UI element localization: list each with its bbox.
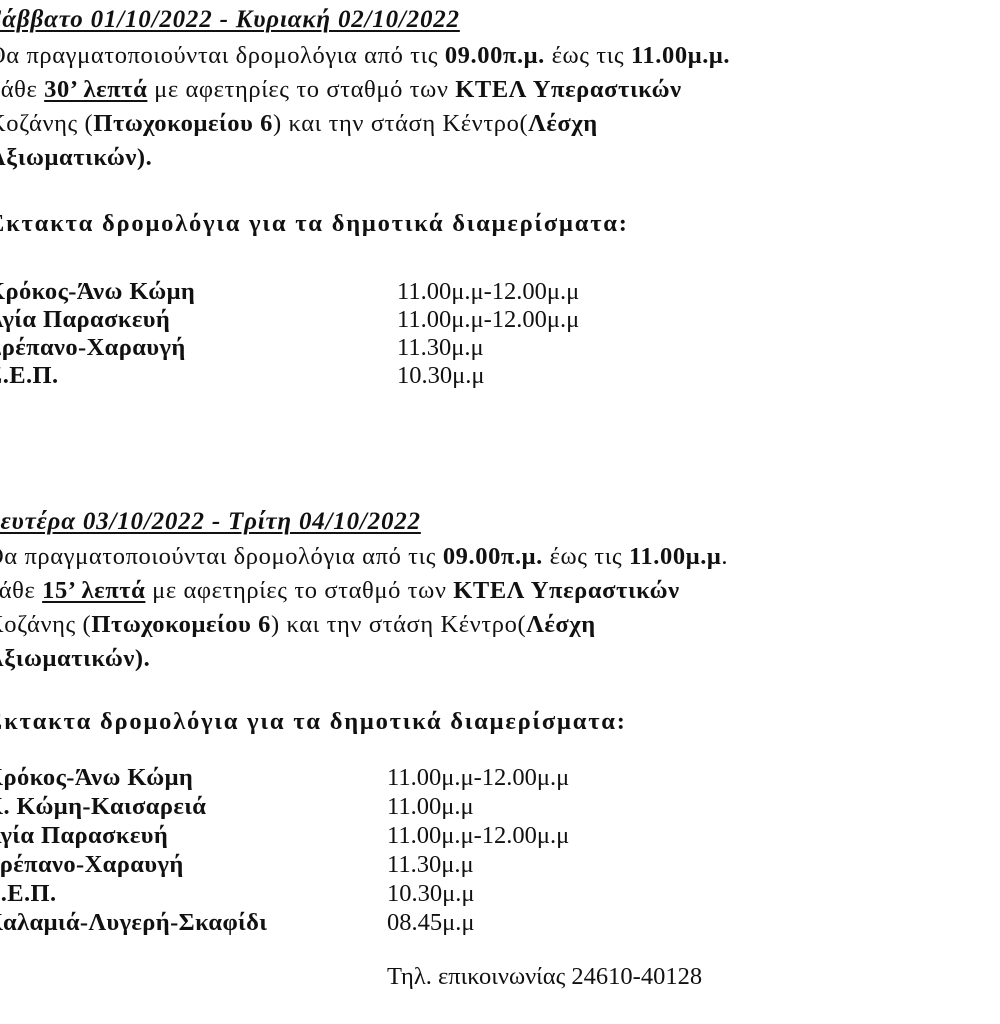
text: Κοζάνης ( [0,611,91,638]
frequency: 15’ λεπτά [42,577,145,604]
address: Πτωχοκομείου 6 [91,611,271,638]
contact-phone: Τηλ. επικοινωνίας 24610-40128 [387,963,702,991]
section-1-para-line-3: Κοζάνης (Πτωχοκομείου 6) και την στάση Κ… [0,110,598,138]
route-time: 11.00μ.μ [387,793,474,821]
station-name: ΚΤΕΛ Υπεραστικών [455,76,681,103]
end-time: 11.00μ.μ [629,543,721,570]
text: κάθε [0,76,44,103]
section-1-subheading: Εκτακτα δρομολόγια για τα δημοτικά διαμε… [0,210,629,238]
start-time: 09.00π.μ. [443,543,543,570]
route-place: Ζ.Ε.Π. [0,880,57,908]
route-time: 11.00μ.μ-12.00μ.μ [397,306,579,334]
text: κάθε [0,577,42,604]
text: με αφετηρίες το σταθμό των [145,577,453,604]
route-time: 11.30μ.μ [387,851,474,879]
start-time: 09.00π.μ. [445,42,545,69]
section-1-para-line-1: Θα πραγματοποιούνται δρομολόγια από τις … [0,42,730,70]
text: Θα πραγματοποιούνται δρομολόγια από τις [0,543,443,570]
text: . [721,543,728,570]
route-place: Ζ.Ε.Π. [0,362,59,390]
text: έως τις [545,42,631,69]
route-time: 11.00μ.μ-12.00μ.μ [387,822,569,850]
route-place: Αγία Παρασκευή [0,822,168,850]
route-place: Δρέπανο-Χαραυγή [0,334,186,362]
text: Θα πραγματοποιούνται δρομολόγια από τις [0,42,445,69]
route-time: 11.00μ.μ-12.00μ.μ [387,764,569,792]
text: ) και την στάση Κέντρο( [271,611,526,638]
text: με αφετηρίες το σταθμό των [147,76,455,103]
route-place: Αγία Παρασκευή [0,306,170,334]
route-time: 10.30μ.μ [387,880,475,908]
text: Κοζάνης ( [0,110,93,137]
address: Πτωχοκομείου 6 [93,110,273,137]
frequency: 30’ λεπτά [44,76,147,103]
route-time: 11.30μ.μ [397,334,484,362]
end-time: 11.00μ.μ. [631,42,730,69]
section-2-para-line-3: Κοζάνης (Πτωχοκομείου 6) και την στάση Κ… [0,611,596,639]
route-place: Κρόκος-Άνω Κώμη [0,764,193,792]
section-1-heading: Σάββατο 01/10/2022 - Κυριακή 02/10/2022 [0,6,460,34]
stop-name: Λέσχη [528,110,598,137]
route-time: 11.00μ.μ-12.00μ.μ [397,278,579,306]
route-place: Κρόκος-Άνω Κώμη [0,278,195,306]
section-2-para-line-2: κάθε 15’ λεπτά με αφετηρίες το σταθμό τω… [0,577,680,605]
station-name: ΚΤΕΛ Υπεραστικών [453,577,679,604]
route-place: Καλαμιά-Λυγερή-Σκαφίδι [0,909,267,937]
route-time: 08.45μ.μ [387,909,475,937]
route-place: Δρέπανο-Χαραυγή [0,851,184,879]
route-place: Κ. Κώμη-Καισαρειά [0,793,206,821]
text: έως τις [543,543,629,570]
section-1-para-line-2: κάθε 30’ λεπτά με αφετηρίες το σταθμό τω… [0,76,682,104]
section-2-para-line-4: Αξιωματικών). [0,645,150,673]
section-2-heading: Δευτέρα 03/10/2022 - Τρίτη 04/10/2022 [0,508,421,536]
section-2-subheading: Εκτακτα δρομολόγια για τα δημοτικά διαμε… [0,708,627,736]
section-1-para-line-4: Αξιωματικών). [0,144,152,172]
route-time: 10.30μ.μ [397,362,485,390]
section-2-para-line-1: Θα πραγματοποιούνται δρομολόγια από τις … [0,543,728,571]
stop-name: Λέσχη [526,611,596,638]
text: ) και την στάση Κέντρο( [273,110,528,137]
